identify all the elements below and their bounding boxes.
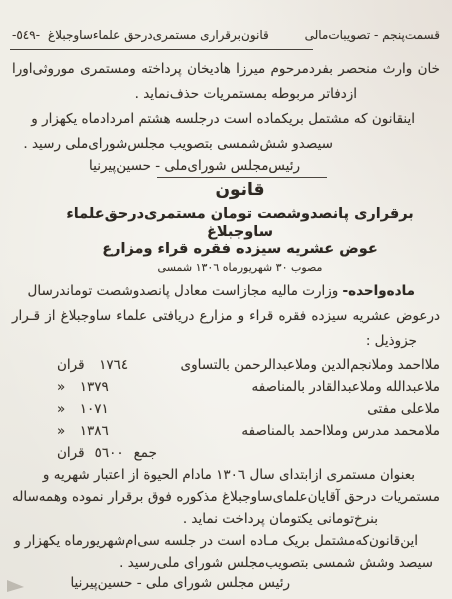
text-line: بعنوان مستمری ازابتدای سال ١٣٠٦ مادام ال… [12,464,415,486]
approval-date: مصوب ٣٠ شهریورماه ١٣٠٦ شمسی [40,261,440,275]
scan-artifact [7,580,24,592]
text-line: خان وارث منحصر بفردمرحوم میرزا هادیخان پ… [12,57,440,82]
amount-cell: ١٣٨٦ » [57,420,113,442]
total-value: ٥٦٠٠ [95,442,124,464]
amount-cell: ١٠٧١ » [57,398,113,420]
page-number: -٥٤٩- [12,27,40,43]
ditto-mark: » [57,420,65,442]
ditto-mark: » [57,376,65,398]
section-title: قسمت‌پنجم - تصویبات‌مالی [305,27,440,43]
article-text: وزارت مالیه مجازاست معادل پانصدوشصت توما… [28,283,343,299]
article-label: ماده‌واحده- [343,283,415,299]
table-row: ملاعبدالله وملاعبدالقادر بالمناصفه ١٣٧٩ … [12,376,440,398]
table-total-row: جمع ٥٦٠٠ قران [12,442,440,464]
page-header: قسمت‌پنجم - تصویبات‌مالی قانون‌برقراری م… [12,0,440,43]
recipient-name: ملااحمد وملانجم‌الدین وملاعبدالرحمن بالت… [181,354,440,376]
section-divider [157,177,327,178]
table-row: ملاعلی مفتی ١٠٧١ » [12,398,440,420]
previous-law-paragraph: خان وارث منحصر بفردمرحوم میرزا هادیخان پ… [12,57,440,157]
text-line: جزوذیل : [12,329,417,354]
recipient-name: ملامحمد مدرس وملااحمد بالمناصفه [241,420,440,442]
header-rule [10,49,313,50]
law-subtitle-1: برقراری پانصدوشصت تومان مستمری‌درحق‌علما… [40,205,440,241]
text-line: ماده‌واحده- وزارت مالیه مجازاست معادل پا… [12,279,415,304]
table-row: ملااحمد وملانجم‌الدین وملاعبدالرحمن بالت… [12,354,440,376]
amount-unit: قران [57,354,85,376]
amount-value: ١٠٧١ [75,398,113,420]
total-unit: قران [57,442,85,464]
text-line: اینقانون که مشتمل بریکماده است درجلسه هش… [12,107,415,132]
amount-cell: ١٧٦٤ قران [57,354,133,376]
text-line: درعوض عشریه سیزده فقره قراء و مزارع دریا… [12,304,440,329]
text-line: سیصد وشش شمسی بتصویب‌مجلس شورای ملی‌رسید… [12,552,433,574]
closing-paragraph: بعنوان مستمری ازابتدای سال ١٣٠٦ مادام ال… [12,464,440,574]
text-line: سیصدو شش‌شمسی بتصویب مجلس‌شورای‌ملی رسید… [12,132,333,157]
recipient-name: ملاعلی مفتی [367,398,440,420]
article-paragraph: ماده‌واحده- وزارت مالیه مجازاست معادل پا… [12,279,440,354]
text-line: بنرخ‌تومانی یکتومان پرداخت نماید . [12,508,378,530]
text-line: این‌قانون‌که‌مشتمل بریک مـاده است در جلس… [12,530,418,552]
scanned-document-page: قسمت‌پنجم - تصویبات‌مالی قانون‌برقراری م… [0,0,452,599]
ditto-mark: » [57,398,65,420]
table-row: ملامحمد مدرس وملااحمد بالمناصفه ١٣٨٦ » [12,420,440,442]
recipient-name: ملاعبدالله وملاعبدالقادر بالمناصفه [251,376,440,398]
amount-cell: ١٣٧٩ » [57,376,113,398]
law-heading: قانون برقراری پانصدوشصت تومان مستمری‌درح… [12,179,440,275]
total-label: جمع [134,442,157,464]
text-line: مستمریات درحق آقایان‌علمای‌ساوجبلاغ مذکو… [12,486,440,508]
running-title-text: قانون‌برقراری مستمری‌درحق علماءساوجبلاغ [48,27,269,43]
amount-value: ١٧٦٤ [95,354,133,376]
amount-value: ١٣٧٩ [75,376,113,398]
stipend-table: ملااحمد وملانجم‌الدین وملاعبدالرحمن بالت… [12,354,440,464]
signature-line: رئیس‌مجلس شورای‌ملی - حسین‌پیرنیا [12,157,300,175]
amount-value: ١٣٨٦ [75,420,113,442]
text-line: ازدفاتر مربوطه بمستمریات حذف‌نماید . [12,82,357,107]
law-title: قانون [40,179,440,202]
running-title: قانون‌برقراری مستمری‌درحق علماءساوجبلاغ … [12,27,269,43]
law-subtitle-2: عوض عشریه سیزده فقره قراء ومزارع [40,241,440,258]
signature-line: رئیس مجلس شورای ملی - حسین‌پیرنیا [12,574,290,592]
